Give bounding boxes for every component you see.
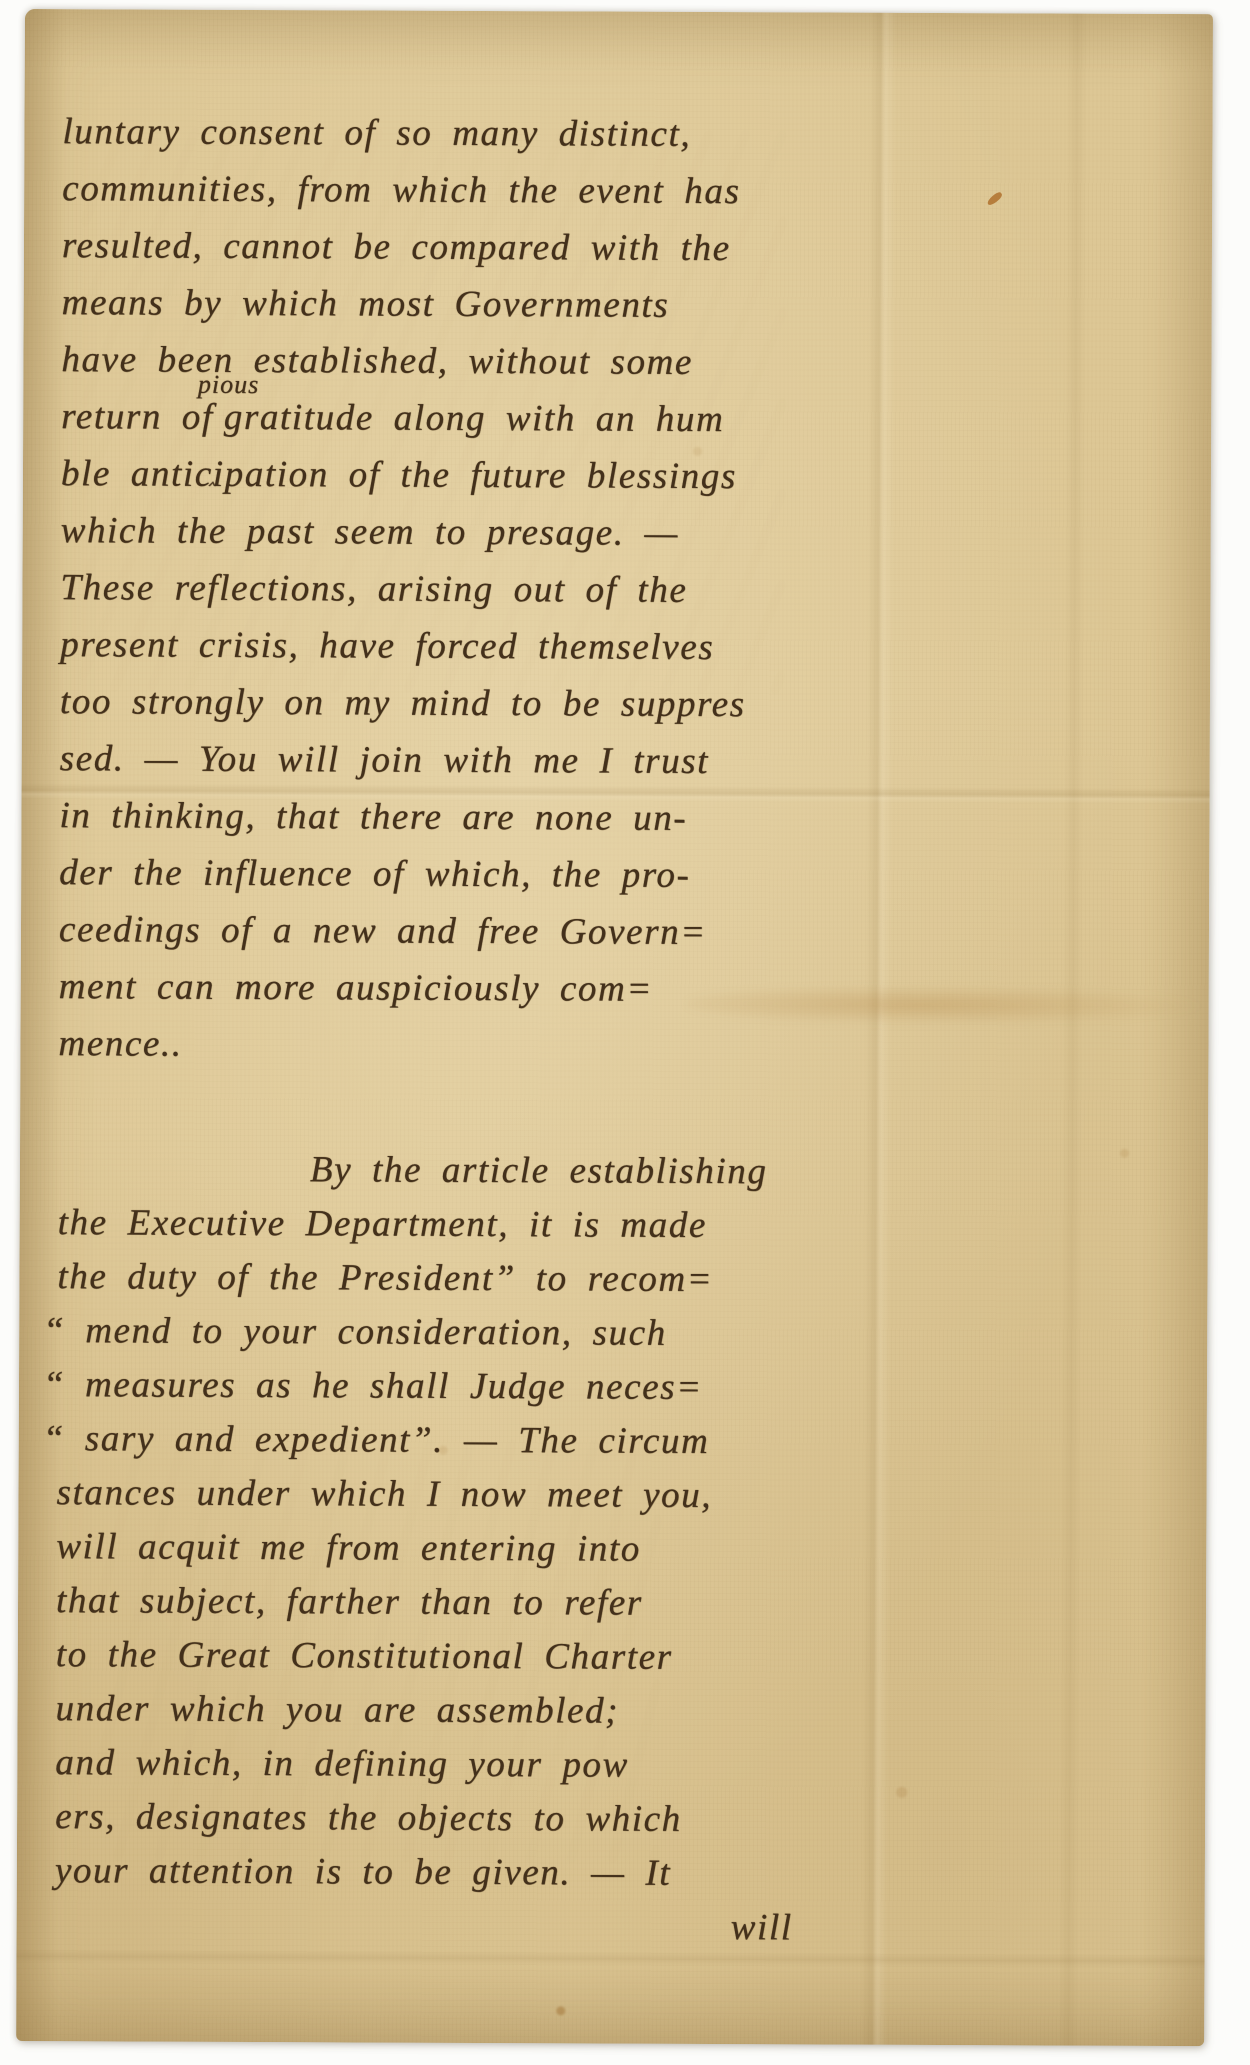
inserted-word: pious bbox=[198, 375, 259, 395]
manuscript-line: the duty of the President” to recom= bbox=[57, 1250, 903, 1308]
paragraph-2: By the article establishing the Executiv… bbox=[55, 1142, 905, 1956]
manuscript-line: have been established, without some bbox=[61, 331, 907, 392]
manuscript-line: will acquit me from entering into bbox=[56, 1520, 902, 1578]
manuscript-line: resulted, cannot be compared with the bbox=[62, 217, 908, 278]
manuscript-line: under which you are assembled; bbox=[55, 1682, 901, 1740]
manuscript-line: the Executive Department, it is made bbox=[58, 1196, 904, 1254]
insertion-line-after: gratitude along with an hum bbox=[224, 397, 725, 440]
manuscript-line: your attention is to be given. — It bbox=[55, 1844, 901, 1902]
handwritten-text-block: luntary consent of so many distinct, com… bbox=[55, 103, 909, 1956]
manuscript-line: ment can more auspiciously com= bbox=[59, 958, 905, 1019]
manuscript-line: mence.. bbox=[58, 1015, 904, 1076]
manuscript-line: present crisis, have forced themselves bbox=[60, 616, 906, 677]
manuscript-line: ble anticipation of the future blessings bbox=[61, 445, 907, 506]
manuscript-page: luntary consent of so many distinct, com… bbox=[16, 9, 1213, 2046]
manuscript-line: “ mend to your consideration, such bbox=[43, 1304, 903, 1362]
manuscript-line: These reflections, arising out of the bbox=[60, 559, 906, 620]
manuscript-line-with-insertion: return of‸piousgratitude along with an h… bbox=[61, 388, 907, 449]
manuscript-line: stances under which I now meet you, bbox=[56, 1466, 902, 1524]
catchword: will bbox=[55, 1898, 901, 1956]
insertion-line-before: return of bbox=[61, 396, 214, 438]
manuscript-line: in thinking, that there are none un- bbox=[59, 787, 905, 848]
ink-specks bbox=[556, 2006, 565, 2015]
insertion-caret-mark: ‸ bbox=[209, 445, 218, 502]
rust-speck-stain bbox=[986, 191, 1004, 207]
manuscript-line: that subject, farther than to refer bbox=[56, 1574, 902, 1632]
manuscript-line: too strongly on my mind to be suppres bbox=[60, 673, 906, 734]
manuscript-line: “ measures as he shall Judge neces= bbox=[43, 1358, 903, 1416]
vertical-fold-crease bbox=[1058, 14, 1087, 2046]
manuscript-line: luntary consent of so many distinct, bbox=[62, 103, 908, 164]
paragraph-1: luntary consent of so many distinct, com… bbox=[58, 103, 908, 1076]
manuscript-line: ceedings of a new and free Govern= bbox=[59, 901, 905, 962]
manuscript-line: to the Great Constitutional Charter bbox=[56, 1628, 902, 1686]
manuscript-line: means by which most Governments bbox=[62, 274, 908, 335]
manuscript-line: der the influence of which, the pro- bbox=[59, 844, 905, 905]
manuscript-line: sed. — You will join with me I trust bbox=[60, 730, 906, 791]
manuscript-line: “ sary and expedient”. — The circum bbox=[43, 1412, 903, 1470]
manuscript-line: and which, in defining your pow bbox=[55, 1736, 901, 1794]
manuscript-line: ers, designates the objects to which bbox=[55, 1790, 901, 1848]
manuscript-line: communities, from which the event has bbox=[62, 160, 908, 221]
scan-background: luntary consent of so many distinct, com… bbox=[0, 0, 1250, 2065]
manuscript-line: By the article establishing bbox=[58, 1142, 904, 1200]
manuscript-line: which the past seem to presage. — bbox=[61, 502, 907, 563]
